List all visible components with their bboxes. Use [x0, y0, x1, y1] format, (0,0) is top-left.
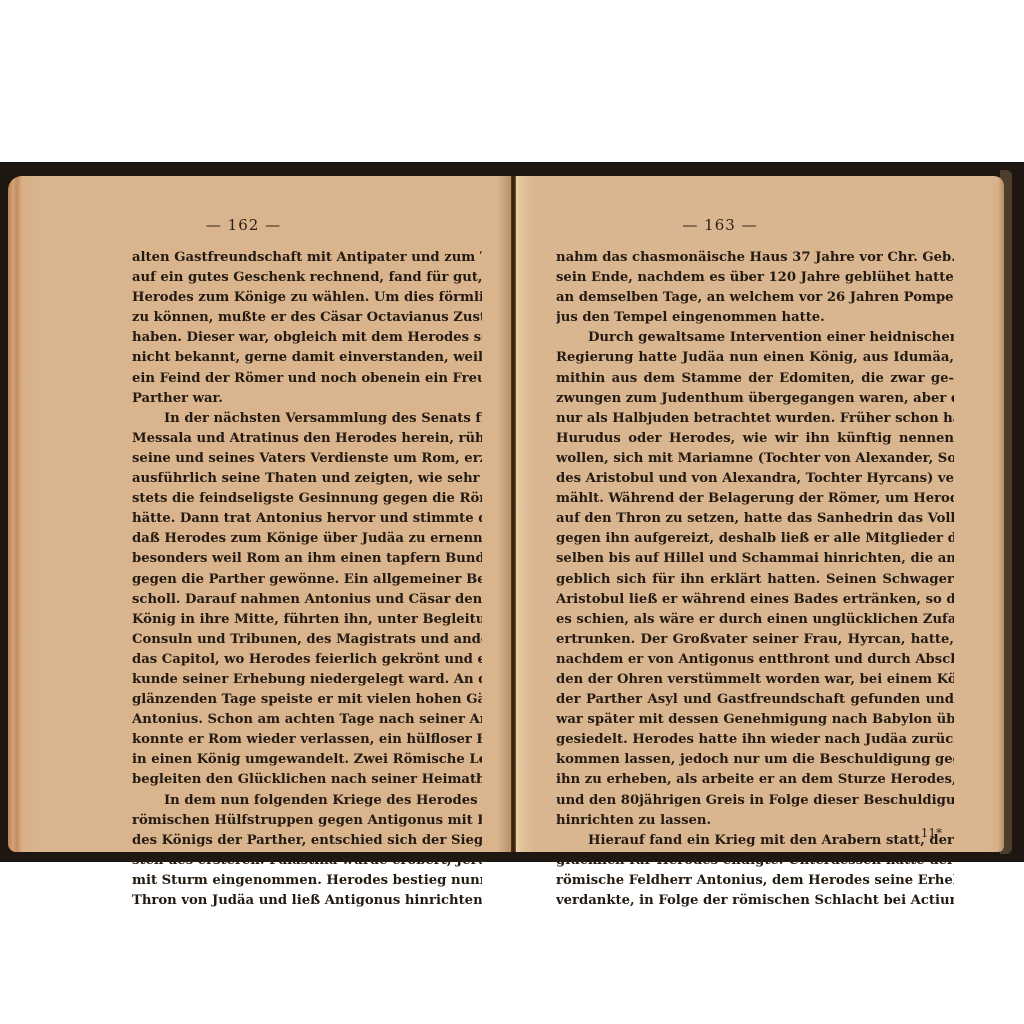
signature-mark: 11*: [921, 826, 942, 840]
text-line: Durch gewaltsame Intervention einer heid…: [556, 328, 954, 348]
text-line: sten des ersteren. Palästina wurde erobe…: [132, 851, 482, 871]
text-line: seine und seines Vaters Verdienste um Ro…: [132, 449, 482, 469]
text-line: Parther war.: [132, 389, 482, 409]
text-line: ihn zu erheben, als arbeite er an dem St…: [556, 770, 954, 790]
text-line: Herodes zum Könige zu wählen. Um dies fö…: [132, 288, 482, 308]
text-line: nicht bekannt, gerne damit einverstanden…: [132, 348, 482, 368]
text-line: wollen, sich mit Mariamne (Tochter von A…: [556, 449, 954, 469]
text-line: nahm das chasmonäische Haus 37 Jahre vor…: [556, 248, 954, 268]
text-line: Consuln und Tribunen, des Magistrats und…: [132, 630, 482, 650]
text-line: gegen die Parther gewönne. Ein allgemein…: [132, 570, 482, 590]
text-line: hinrichten zu lassen.: [556, 811, 954, 831]
text-line: selben bis auf Hillel und Schammai hinri…: [556, 549, 954, 569]
text-line: römische Feldherr Antonius, dem Herodes …: [556, 871, 954, 891]
page-body: alten Gastfreundschaft mit Antipater und…: [132, 248, 482, 911]
text-line: begleiten den Glücklichen nach seiner He…: [132, 770, 482, 790]
text-line: kommen lassen, jedoch nur um die Beschul…: [556, 750, 954, 770]
right-page: — 163 — nahm das chasmonäische Haus 37 J…: [516, 176, 1004, 852]
text-line: ausführlich seine Thaten und zeigten, wi…: [132, 469, 482, 489]
text-line: des Königs der Parther, entschied sich d…: [132, 831, 482, 851]
text-line: hätte. Dann trat Antonius hervor und sti…: [132, 509, 482, 529]
text-line: scholl. Darauf nahmen Antonius und Cäsar…: [132, 590, 482, 610]
text-line: Regierung hatte Judäa nun einen König, a…: [556, 348, 954, 368]
text-line: daß Herodes zum Könige über Judäa zu ern…: [132, 529, 482, 549]
text-line: kunde seiner Erhebung niedergelegt ward.…: [132, 670, 482, 690]
text-line: mählt. Während der Belagerung der Römer,…: [556, 489, 954, 509]
text-line: des Aristobul und von Alexandra, Tochter…: [556, 469, 954, 489]
text-line: und den 80jährigen Greis in Folge dieser…: [556, 791, 954, 811]
text-line: jus den Tempel eingenommen hatte.: [556, 308, 954, 328]
text-line: haben. Dieser war, obgleich mit dem Hero…: [132, 328, 482, 348]
text-line: war später mit dessen Genehmigung nach B…: [556, 710, 954, 730]
text-line: konnte er Rom wieder verlassen, ein hülf…: [132, 730, 482, 750]
text-line: glücklich für Herodes endigte. Unterdess…: [556, 851, 954, 871]
text-line: das Capitol, wo Herodes feierlich gekrön…: [132, 650, 482, 670]
text-line: sein Ende, nachdem es über 120 Jahre geb…: [556, 268, 954, 288]
text-line: In dem nun folgenden Kriege des Herodes …: [132, 791, 482, 811]
text-line: an demselben Tage, an welchem vor 26 Jah…: [556, 288, 954, 308]
text-line: besonders weil Rom an ihm einen tapfern …: [132, 549, 482, 569]
text-line: Messala und Atratinus den Herodes herein…: [132, 429, 482, 449]
text-line: gegen ihn aufgereizt, deshalb ließ er al…: [556, 529, 954, 549]
text-line: glänzenden Tage speiste er mit vielen ho…: [132, 690, 482, 710]
page-body: nahm das chasmonäische Haus 37 Jahre vor…: [556, 248, 954, 911]
text-line: römischen Hülfstruppen gegen Antigonus m…: [132, 811, 482, 831]
text-line: König in ihre Mitte, führten ihn, unter …: [132, 610, 482, 630]
page-number: — 163 —: [476, 216, 964, 234]
page-number: — 162 —: [0, 216, 495, 234]
text-line: stets die feindseligste Gesinnung gegen …: [132, 489, 482, 509]
text-line: zwungen zum Judenthum übergegangen waren…: [556, 389, 954, 409]
text-line: den der Ohren verstümmelt worden war, be…: [556, 670, 954, 690]
text-line: nachdem er von Antigonus entthront und d…: [556, 650, 954, 670]
text-line: gesiedelt. Herodes hatte ihn wieder nach…: [556, 730, 954, 750]
text-line: Aristobul ließ er während eines Bades er…: [556, 590, 954, 610]
text-line: In der nächsten Versammlung des Senats f…: [132, 409, 482, 429]
text-line: Thron von Judäa und ließ Antigonus hinri…: [132, 891, 482, 911]
text-line: ertrunken. Der Großvater seiner Frau, Hy…: [556, 630, 954, 650]
text-line: Hierauf fand ein Krieg mit den Arabern s…: [556, 831, 954, 851]
text-line: der Parther Asyl und Gastfreundschaft ge…: [556, 690, 954, 710]
text-line: verdankte, in Folge der römischen Schlac…: [556, 891, 954, 911]
text-line: es schien, als wäre er durch einen unglü…: [556, 610, 954, 630]
text-line: ein Feind der Römer und noch obenein ein…: [132, 369, 482, 389]
text-line: auf ein gutes Geschenk rechnend, fand fü…: [132, 268, 482, 288]
text-line: auf den Thron zu setzen, hatte das Sanhe…: [556, 509, 954, 529]
text-line: zu können, mußte er des Cäsar Octavianus…: [132, 308, 482, 328]
text-line: mithin aus dem Stamme der Edomiten, die …: [556, 369, 954, 389]
text-line: in einen König umgewandelt. Zwei Römisch…: [132, 750, 482, 770]
text-line: nur als Halbjuden betrachtet wurden. Frü…: [556, 409, 954, 429]
text-line: mit Sturm eingenommen. Herodes bestieg n…: [132, 871, 482, 891]
text-line: alten Gastfreundschaft mit Antipater und…: [132, 248, 482, 268]
left-page: — 162 — alten Gastfreundschaft mit Antip…: [8, 176, 511, 852]
text-line: Hurudus oder Herodes, wie wir ihn künfti…: [556, 429, 954, 449]
text-line: geblich sich für ihn erklärt hatten. Sei…: [556, 570, 954, 590]
text-line: Antonius. Schon am achten Tage nach sein…: [132, 710, 482, 730]
